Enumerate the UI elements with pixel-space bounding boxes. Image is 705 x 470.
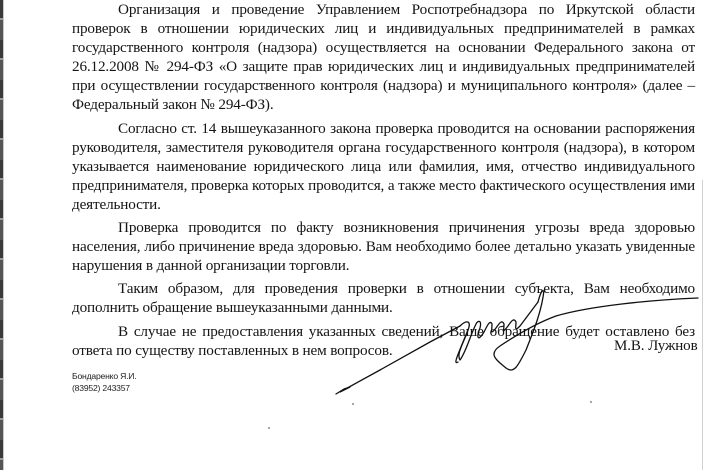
executor-phone: (83952) 243357 xyxy=(72,382,136,394)
scan-speck xyxy=(264,87,266,89)
paragraph-inspection-basis: Организация и проведение Управлением Рос… xyxy=(72,0,695,115)
scan-speck xyxy=(268,427,270,429)
scan-speck xyxy=(380,308,382,310)
scan-speck xyxy=(352,403,354,405)
scan-edge-line xyxy=(3,0,4,470)
paragraph-inspection-grounds: Проверка проводится по факту возникновен… xyxy=(72,218,695,275)
signature-icon xyxy=(320,290,705,420)
executor-block: Бондаренко Я.И. (83952) 243357 xyxy=(72,370,136,394)
paragraph-article-14: Согласно ст. 14 вышеуказанного закона пр… xyxy=(72,119,695,214)
scan-speck xyxy=(590,401,592,403)
executor-name: Бондаренко Я.И. xyxy=(72,370,136,382)
signer-name: М.В. Лужнов xyxy=(614,338,698,355)
